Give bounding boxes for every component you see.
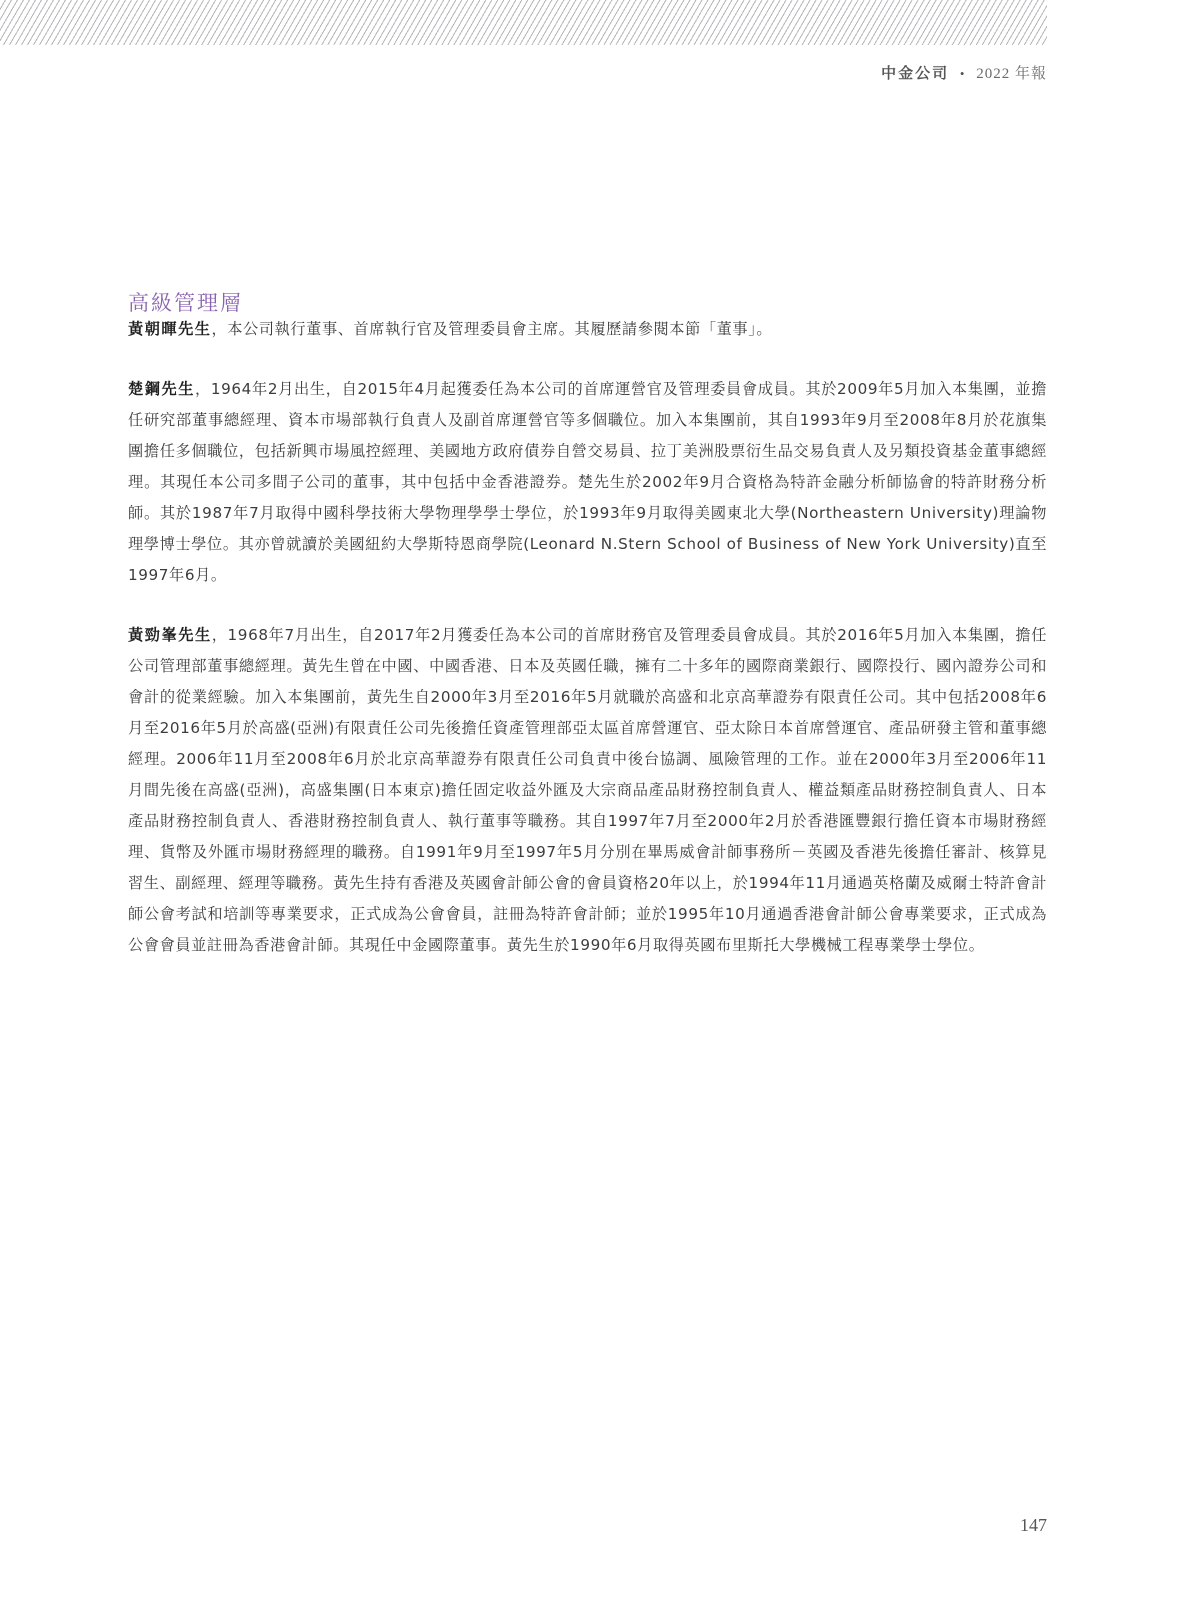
bio-paragraph: 楚鋼先生，1964年2月出生，自2015年4月起獲委任為本公司的首席運營官及管理…: [128, 374, 1047, 591]
bio-text: ，1968年7月出生，自2017年2月獲委任為本公司的首席財務官及管理委員會成員…: [128, 626, 1047, 954]
decorative-hatch-band: [0, 0, 1047, 45]
bio-text: ，本公司執行董事、首席執行官及管理委員會主席。其履歷請參閱本節「董事」。: [211, 320, 772, 338]
header-separator-icon: •: [960, 66, 966, 81]
bio-paragraph: 黃勁峯先生，1968年7月出生，自2017年2月獲委任為本公司的首席財務官及管理…: [128, 620, 1047, 961]
bio-name: 楚鋼先生: [128, 380, 195, 398]
bio-paragraph: 黃朝暉先生，本公司執行董事、首席執行官及管理委員會主席。其履歷請參閱本節「董事」…: [128, 314, 1047, 345]
bio-name: 黃朝暉先生: [128, 320, 211, 338]
bio-list: 黃朝暉先生，本公司執行董事、首席執行官及管理委員會主席。其履歷請參閱本節「董事」…: [128, 314, 1047, 990]
section-title: 高級管理層: [128, 287, 243, 317]
header-company: 中金公司: [881, 66, 949, 82]
page-number: 147: [1020, 1515, 1047, 1536]
bio-text: ，1964年2月出生，自2015年4月起獲委任為本公司的首席運營官及管理委員會成…: [128, 380, 1047, 584]
running-header: 中金公司 • 2022 年報: [881, 62, 1047, 83]
bio-name: 黃勁峯先生: [128, 626, 212, 644]
header-report-title: 2022 年報: [976, 66, 1047, 82]
